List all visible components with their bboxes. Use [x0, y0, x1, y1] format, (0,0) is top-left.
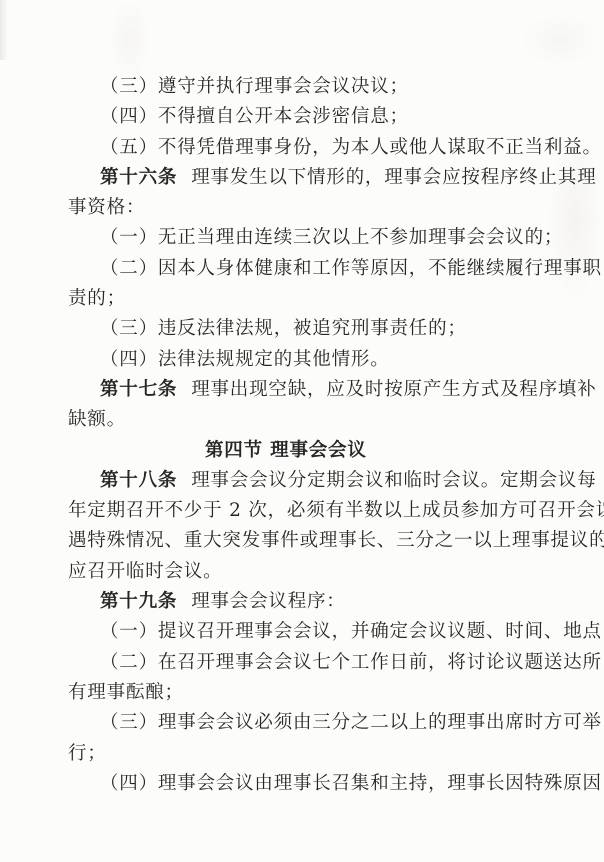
clause-item: （四）法律法规规定的其他情形。 — [68, 345, 533, 375]
article-19: 第十九条理事会会议程序： — [68, 587, 533, 617]
article-title: 第十八条 — [100, 470, 177, 491]
clause-item: （三）遵守并执行理事会会议决议； — [68, 72, 533, 102]
continuation-line: 责的； — [68, 284, 533, 314]
continuation-line: 年定期召开不少于 2 次，必须有半数以上成员参加方可召开会议。 — [68, 496, 533, 526]
clause-item: （一）无正当理由连续三次以上不参加理事会会议的； — [68, 223, 533, 253]
article-title: 第十六条 — [100, 167, 177, 188]
scanned-page: （三）遵守并执行理事会会议决议； （四）不得擅自公开本会涉密信息； （五）不得凭… — [0, 0, 604, 862]
continuation-line: 遇特殊情况、重大突发事件或理事长、三分之一以上理事提议的， — [68, 526, 533, 556]
clause-item: （二）因本人身体健康和工作等原因，不能继续履行理事职 — [68, 254, 533, 284]
clause-item: （三）违反法律法规，被追究刑事责任的； — [68, 314, 533, 344]
clause-item: （二）在召开理事会会议七个工作日前，将讨论议题送达所 — [68, 648, 533, 678]
article-17: 第十七条理事出现空缺，应及时按原产生方式及程序填补 — [68, 375, 533, 405]
article-text: 理事会会议分定期会议和临时会议。定期会议每 — [191, 470, 596, 491]
continuation-line: 有理事酝酿； — [68, 678, 533, 708]
section-heading: 第四节 理事会会议 — [68, 436, 533, 466]
article-text: 理事出现空缺，应及时按原产生方式及程序填补 — [191, 379, 596, 400]
clause-item: （四）理事会会议由理事长召集和主持，理事长因特殊原因 — [68, 769, 533, 799]
continuation-line: 事资格： — [68, 193, 533, 223]
clause-item: （五）不得凭借理事身份，为本人或他人谋取不正当利益。 — [68, 133, 533, 163]
article-18: 第十八条理事会会议分定期会议和临时会议。定期会议每 — [68, 466, 533, 496]
article-text: 理事发生以下情形的，理事会应按程序终止其理 — [191, 167, 596, 188]
page-edge-shadow — [0, 0, 8, 60]
document-body: （三）遵守并执行理事会会议决议； （四）不得擅自公开本会涉密信息； （五）不得凭… — [68, 72, 533, 799]
article-text: 理事会会议程序： — [191, 591, 345, 612]
continuation-line: 行； — [68, 739, 533, 769]
clause-item: （一）提议召开理事会会议，并确定会议议题、时间、地点； — [68, 617, 533, 647]
continuation-line: 缺额。 — [68, 405, 533, 435]
continuation-line: 应召开临时会议。 — [68, 557, 533, 587]
clause-item: （四）不得擅自公开本会涉密信息； — [68, 102, 533, 132]
article-16: 第十六条理事发生以下情形的，理事会应按程序终止其理 — [68, 163, 533, 193]
article-title: 第十九条 — [100, 591, 177, 612]
article-title: 第十七条 — [100, 379, 177, 400]
clause-item: （三）理事会会议必须由三分之二以上的理事出席时方可举 — [68, 708, 533, 738]
